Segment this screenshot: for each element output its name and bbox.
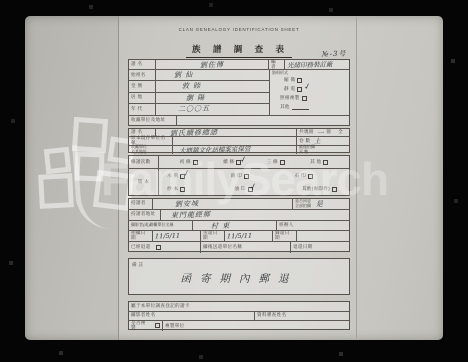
options-line: 抄 本 油 印 ✓ 其他(複印件) bbox=[167, 183, 341, 196]
page-fold-margin bbox=[25, 16, 119, 340]
field-label: 攝後送還單位名稱 bbox=[203, 245, 242, 250]
film-dust-specks bbox=[0, 0, 2, 2]
field-value-cell: 11/5/11 bbox=[153, 231, 201, 241]
field-label-line: 及其地址 bbox=[131, 150, 147, 155]
field-value-cell: 劉佐傳 bbox=[156, 60, 269, 69]
field-label: 收藏單位 及其地址 bbox=[131, 146, 147, 154]
chinese-title-wrap: 族 譜 調 查 表 bbox=[128, 39, 350, 58]
option-row: 照相複製 bbox=[270, 94, 349, 103]
option-label: 抄 本 bbox=[167, 187, 178, 192]
checkbox-icon bbox=[280, 160, 285, 165]
field-label: 屬于本單位調查登記的譜卡 bbox=[131, 304, 190, 309]
field-label: 攝影者姓名 bbox=[131, 313, 155, 318]
option-label: 石 印 bbox=[295, 174, 306, 179]
scanned-page: CLAN GENEALOGY IDENTIFICATION SHEET 族 譜 … bbox=[25, 16, 443, 340]
table-row: 始祖名 劉 仙 bbox=[129, 70, 269, 81]
field-value-cell: 光緒印務裝訂廠 bbox=[285, 60, 349, 69]
field-label-cell: 送還日期 bbox=[201, 231, 225, 241]
table-row-group: 始祖名 劉 仙 堂 號 敦 睦 居 地 瀏 陽 年 代 二〇〇五 bbox=[129, 70, 349, 115]
option-label: 三 修 bbox=[267, 160, 278, 165]
checkbox-icon bbox=[297, 78, 302, 83]
field-label: 退還日期 bbox=[293, 245, 313, 250]
option-label: 初 修 bbox=[180, 160, 191, 165]
option-row: 木 刻 ✓ bbox=[167, 174, 185, 179]
field-label: 修譜次數 bbox=[131, 160, 151, 165]
checkbox-icon bbox=[180, 187, 185, 192]
table-row: 屬于本單位調查登記的譜卡 bbox=[129, 302, 349, 312]
table-row: 修譜次數 初 修 續 修 ✓ 三 修 其 他 bbox=[129, 156, 349, 169]
field-label: 歸還日期 bbox=[275, 231, 294, 241]
checkbox-icon bbox=[248, 187, 253, 192]
option-row: 三 修 bbox=[267, 160, 285, 165]
checkbox-icon bbox=[180, 174, 185, 179]
option-row: 其 他 bbox=[310, 160, 328, 165]
table-row: 堂 號 敦 睦 bbox=[129, 81, 269, 92]
option-row: 鉛 印 bbox=[231, 174, 249, 179]
field-label-cell: 譜 名 bbox=[129, 60, 156, 69]
handwritten-value: 瀏 陽 bbox=[186, 92, 205, 103]
option-label: 木 刻 bbox=[167, 174, 178, 179]
field-label-cell: 拍攝日期 bbox=[129, 231, 153, 241]
field-label-cell: 持譜者地址 bbox=[129, 210, 161, 220]
english-sheet-title: CLAN GENEALOGY IDENTIFICATION SHEET bbox=[128, 27, 350, 32]
field-label-line: 頁 數 bbox=[299, 150, 315, 155]
table-row: 居 地 瀏 陽 bbox=[129, 93, 269, 104]
field-label: 持譜者 bbox=[131, 201, 146, 206]
options-cell: 初 修 續 修 ✓ 三 修 其 他 bbox=[159, 156, 349, 168]
field-label: 收藏單位及地址 bbox=[131, 118, 165, 123]
material-type-box: 資料形式 縮 微 靜 電 ✓ 照相複製 其他 bbox=[269, 70, 349, 115]
section-2-table: 譜 名 劉氏續修總譜 共幾冊 一 冊 全 原本現存單位名稱 卷 數 上 bbox=[128, 128, 350, 153]
handwritten-value: 二〇〇五 bbox=[178, 104, 210, 115]
edition-options: 木 刻 ✓ 鉛 印 石 印 抄 本 油 印 ✓ 其他(複印件) bbox=[159, 169, 349, 196]
option-label: 照相複製 bbox=[280, 96, 300, 101]
field-label: 共幾冊 bbox=[299, 130, 314, 135]
field-label-cell: 版 本 bbox=[129, 169, 159, 196]
section-1-table: 譜 名 劉佐傳 編 者 光緒印務裝訂廠 始祖名 劉 仙 堂 號 敦 睦 居 bbox=[128, 59, 350, 126]
table-row: 收藏單位 及其地址 大塘鎮文化站檔案室保管 縮微拍攝 頁 數 bbox=[129, 146, 349, 154]
field-label: 經辦人 bbox=[279, 223, 294, 228]
handwritten-value: 東門龍經鄉 bbox=[171, 209, 211, 220]
checkbox-icon bbox=[332, 187, 337, 192]
field-value-cell: 大塘鎮文化站檔案室保管 bbox=[173, 146, 297, 154]
field-label: 是否同意 全部拍攝 bbox=[295, 199, 311, 209]
field-value-cell bbox=[177, 116, 349, 125]
option-label: 靜 電 bbox=[284, 87, 295, 92]
field-label: 年 代 bbox=[131, 107, 142, 112]
option-label: 續 修 bbox=[223, 160, 234, 165]
table-row: 拍攝日期 11/5/11 送還日期 11/5/11 歸還日期 bbox=[129, 231, 349, 242]
field-value-cell: 敦 睦 bbox=[156, 81, 269, 91]
field-label: 卷 數 bbox=[299, 139, 310, 144]
table-row: 年 代 二〇〇五 bbox=[129, 104, 269, 115]
table-row: 譜 名 劉佐傳 編 者 光緒印務裝訂廠 bbox=[129, 60, 349, 70]
handwritten-value: 敦 睦 bbox=[182, 81, 201, 92]
field-label-cell: 經辦人 bbox=[277, 221, 349, 231]
checkbox-icon bbox=[302, 96, 307, 101]
field-label: 送還日期 bbox=[203, 231, 222, 241]
remarks-value-wrap: 函寄期內郵退 bbox=[129, 269, 349, 287]
field-label-cell: 堂 號 bbox=[129, 81, 156, 91]
field-label: 是否複製 bbox=[131, 321, 150, 331]
checkbox-icon bbox=[156, 245, 161, 250]
field-label-line: 全部拍攝 bbox=[295, 204, 311, 209]
field-label: 譜 名 bbox=[131, 62, 142, 67]
option-row: 石 印 bbox=[295, 174, 313, 179]
checkbox-icon bbox=[244, 174, 249, 179]
left-field-rows: 始祖名 劉 仙 堂 號 敦 睦 居 地 瀏 陽 年 代 二〇〇五 bbox=[129, 70, 269, 115]
field-label-cell: 複製單位 bbox=[163, 321, 349, 331]
field-value-cell: 瀏 陽 bbox=[156, 93, 269, 103]
field-label-cell: 已經退還 bbox=[129, 242, 201, 253]
handwritten-remarks: 函寄期內郵退 bbox=[181, 273, 298, 285]
option-row: 續 修 ✓ bbox=[223, 160, 241, 165]
checkbox-icon bbox=[193, 160, 198, 165]
options-line: 木 刻 ✓ 鉛 印 石 印 bbox=[167, 170, 341, 183]
table-row: 是否複製 複製單位 bbox=[129, 321, 349, 331]
option-row: 油 印 ✓ bbox=[234, 187, 252, 192]
field-label: 始祖名 bbox=[131, 73, 146, 78]
handwritten-value: 劉佐傳 bbox=[200, 59, 224, 70]
checkbox-icon bbox=[323, 160, 328, 165]
field-value-cell: 二〇〇五 bbox=[156, 104, 269, 115]
field-value-cell bbox=[297, 231, 349, 241]
field-label: 拍攝日期 bbox=[131, 231, 150, 241]
section-4-table: 持譜者 劉安城 是否同意 全部拍攝 是 持譜者地址 東門龍經鄉 攝影者(或)聯繫… bbox=[128, 198, 350, 252]
checkbox-icon bbox=[308, 174, 313, 179]
field-label-cell: 攝後送還單位名稱 bbox=[201, 242, 291, 253]
field-label: 編 者 bbox=[271, 60, 282, 70]
option-label: 縮 微 bbox=[284, 78, 295, 83]
field-value-cell: 劉 仙 bbox=[156, 70, 269, 80]
table-row: 攝影者(或)聯繫單位名稱 村 東 經辦人 bbox=[129, 221, 349, 232]
handwritten-value: 劉 仙 bbox=[174, 70, 193, 81]
option-row: 初 修 bbox=[180, 160, 198, 165]
table-row: 收藏單位及地址 bbox=[129, 115, 349, 125]
field-label-cell: 收藏單位 及其地址 bbox=[129, 146, 173, 154]
checkbox-icon bbox=[236, 160, 241, 165]
field-label: 複製單位 bbox=[165, 324, 185, 329]
field-label-cell: 攝影者姓名 bbox=[129, 312, 255, 321]
field-label: 攝影者(或)聯繫單位名稱 bbox=[131, 223, 174, 228]
handwritten-value: 光緒印務裝訂廠 bbox=[287, 59, 333, 69]
field-label-cell: 修譜次數 bbox=[129, 156, 159, 168]
table-row: 已經退還 攝後送還單位名稱 退還日期 bbox=[129, 242, 349, 253]
genealogy-survey-form: CLAN GENEALOGY IDENTIFICATION SHEET 族 譜 … bbox=[128, 16, 350, 340]
handwritten-sheet-number: №-3号 bbox=[322, 49, 347, 60]
field-label: 版 本 bbox=[138, 180, 149, 185]
option-label: 其 他 bbox=[310, 160, 321, 165]
field-value-cell: 東門龍經鄉 bbox=[161, 210, 349, 220]
field-value-cell: 村 東 bbox=[193, 221, 277, 231]
volume-count-cell: 共幾冊 一 冊 全 bbox=[297, 129, 349, 136]
checkbox-icon bbox=[297, 87, 302, 92]
option-label: 油 印 bbox=[234, 187, 245, 192]
handwritten-value: 村 東 bbox=[211, 220, 230, 231]
field-label: 居 地 bbox=[131, 95, 142, 100]
field-label: 全 bbox=[338, 130, 343, 135]
field-label-cell: 是否複製 bbox=[129, 321, 163, 331]
blank-line bbox=[292, 105, 309, 110]
section-3-table: 修譜次數 初 修 續 修 ✓ 三 修 其 他 版 本 木 刻 ✓ 鉛 印 石 bbox=[128, 155, 350, 196]
field-label-cell: 持譜者 bbox=[129, 199, 153, 209]
field-label-cell: 攝影者(或)聯繫單位名稱 bbox=[129, 221, 193, 231]
field-label-cell: 始祖名 bbox=[129, 70, 156, 80]
remarks-box: 備 註 函寄期內郵退 bbox=[128, 258, 350, 295]
field-label-cell: 歸還日期 bbox=[273, 231, 297, 241]
field-label: 堂 號 bbox=[131, 84, 142, 89]
handwritten-date: 11/5/11 bbox=[227, 232, 252, 241]
field-value-cell: 11/5/11 bbox=[225, 231, 273, 241]
chinese-sheet-title: 族 譜 調 查 表 bbox=[186, 43, 292, 58]
option-row: 縮 微 bbox=[270, 76, 349, 85]
table-row: 持譜者 劉安城 是否同意 全部拍攝 是 bbox=[129, 199, 349, 210]
option-row: 抄 本 bbox=[167, 187, 185, 192]
table-row: 攝影者姓名 資料審查姓名 bbox=[129, 312, 349, 322]
field-label: 冊 bbox=[326, 130, 331, 135]
field-label: 資料審查姓名 bbox=[257, 313, 286, 318]
checkbox-icon bbox=[155, 323, 160, 328]
option-row: 靜 電 ✓ bbox=[270, 85, 349, 94]
option-label: 其他 bbox=[280, 105, 290, 110]
field-label-cell: 居 地 bbox=[129, 93, 156, 103]
option-label: 鉛 印 bbox=[231, 174, 242, 179]
handwritten-value: 上 bbox=[314, 136, 321, 145]
handwritten-value: 大塘鎮文化站檔案室保管 bbox=[179, 144, 251, 155]
section-6-table: 屬于本單位調查登記的譜卡 攝影者姓名 資料審查姓名 是否複製 複製單位 bbox=[128, 301, 350, 330]
field-label: 備 註 bbox=[132, 263, 143, 268]
handwritten-value: 是 bbox=[316, 199, 324, 209]
field-label-cell: 年 代 bbox=[129, 104, 156, 115]
field-label-cell: 收藏單位及地址 bbox=[129, 116, 177, 125]
sheet-edge-crease bbox=[356, 18, 357, 338]
field-label: 縮微拍攝 頁 數 bbox=[299, 146, 315, 154]
option-label: 其他(複印件) bbox=[302, 187, 330, 192]
handwritten-date: 11/5/11 bbox=[155, 232, 180, 241]
field-value-cell: 劉氏續修總譜 bbox=[156, 129, 297, 136]
field-label-cell: 資料審查姓名 bbox=[255, 312, 349, 321]
handwritten-value: 劉氏續修總譜 bbox=[170, 127, 218, 138]
table-row: 持譜者地址 東門龍經鄉 bbox=[129, 210, 349, 221]
consent-cell: 是否同意 全部拍攝 是 bbox=[293, 199, 349, 209]
microfilm-pages-cell: 縮微拍攝 頁 數 bbox=[297, 146, 349, 154]
field-label: 已經退還 bbox=[131, 245, 151, 250]
option-row: 其他(複印件) bbox=[302, 187, 337, 192]
field-label-cell: 屬于本單位調查登記的譜卡 bbox=[129, 302, 349, 311]
field-label: 持譜者地址 bbox=[131, 212, 155, 217]
option-row: 其他 bbox=[270, 103, 349, 112]
field-label-cell: 退還日期 bbox=[291, 242, 349, 253]
table-row: 版 本 木 刻 ✓ 鉛 印 石 印 抄 本 油 印 ✓ 其他(複印件) bbox=[129, 169, 349, 196]
field-value-cell: 劉安城 bbox=[153, 199, 293, 209]
handwritten-value: 劉安城 bbox=[175, 199, 199, 210]
field-label-cell: 編 者 bbox=[269, 60, 285, 69]
